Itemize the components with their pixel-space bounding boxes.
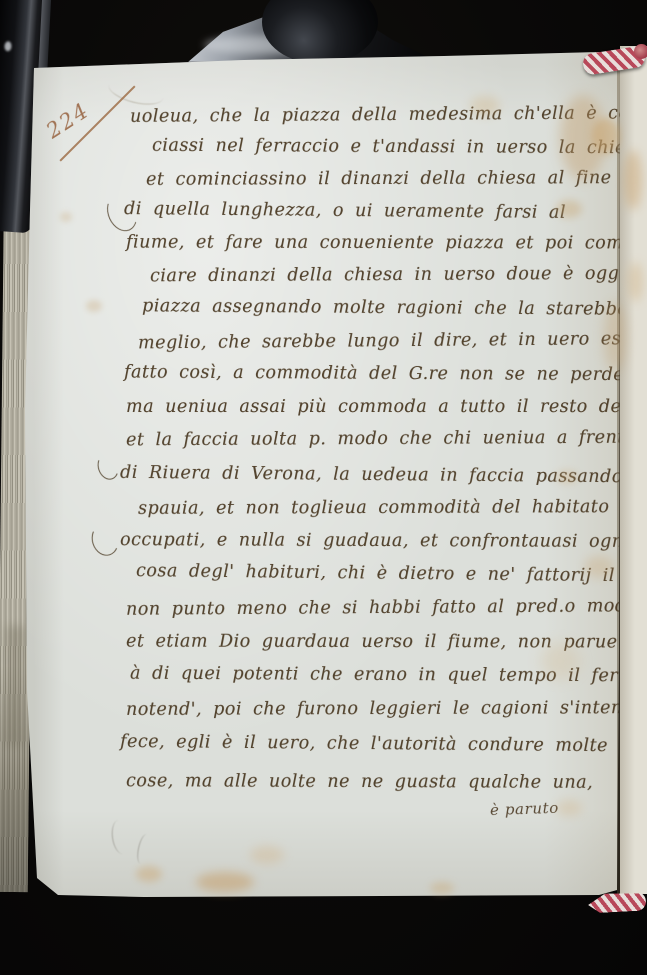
foxing-stain [60, 212, 72, 222]
manuscript-line: ciare dinanzi della chiesa in uerso doue… [150, 264, 647, 289]
book-snake-cord-end [634, 44, 647, 59]
manuscript-line: di Riuera di Verona, la uedeua in faccia… [120, 463, 623, 489]
foxing-stain [430, 882, 454, 894]
foxing-stain [540, 642, 580, 680]
manuscript-line: fatto così, a commodità del G.re non se … [124, 362, 647, 387]
pen-flourish [101, 190, 142, 236]
manuscript-line: et la faccia uolta p. modo che chi ueniu… [126, 428, 636, 453]
ink-showthrough-mark [110, 819, 132, 855]
manuscript-line: cosa degl' habituri, chi è dietro e ne' … [136, 561, 647, 589]
strap-highlight [4, 41, 12, 51]
fore-edge-smudge [4, 626, 25, 746]
pen-flourish [88, 521, 123, 559]
folio-number: 224 [43, 87, 127, 164]
foxing-stain [250, 846, 284, 864]
manuscript-line: cose, ma alle uolte ne ne guasta qualche… [126, 771, 593, 795]
foxing-stain [592, 118, 620, 154]
folio-number-text: 224 [42, 98, 94, 143]
foxing-stain [556, 200, 582, 218]
pen-flourish [94, 451, 122, 482]
foxing-stain [556, 800, 582, 816]
foxing-stain [136, 866, 162, 882]
foxing-stain [628, 262, 643, 302]
manuscript-line: fece, egli è il uero, che l'autorità con… [120, 732, 608, 758]
foxing-stain [470, 96, 500, 116]
manuscript-line: piazza assegnando molte ragioni che la s… [142, 296, 628, 321]
manuscript-line: spauia, et non toglieua commodità del ha… [138, 497, 609, 521]
manuscript-page: 224 uoleua, che la piazza della medesima… [24, 50, 620, 898]
manuscript-photo: 224 uoleua, che la piazza della medesima… [0, 0, 647, 975]
manuscript-line: ma ueniua assai più commoda a tutto il r… [126, 397, 647, 419]
manuscript-line: occupati, e nulla si guadaua, et confron… [120, 530, 630, 554]
foxing-stain [86, 300, 102, 312]
manuscript-line: meglio, che sarebbe lungo il dire, et in… [138, 329, 647, 356]
foxing-stain [604, 302, 626, 372]
foxing-stain [624, 150, 642, 210]
manuscript-line: notend', poi che furono leggieri le cagi… [126, 698, 647, 722]
foxing-stain [196, 872, 254, 892]
ink-showthrough-mark [135, 833, 152, 865]
manuscript-line: et cominciassino il dinanzi della chiesa… [146, 168, 612, 191]
manuscript-line: non punto meno che si habbi fatto al pre… [126, 596, 638, 621]
catchword: è paruto [490, 801, 559, 818]
foxing-stain [556, 470, 578, 484]
page-weight-knob [188, 0, 438, 66]
manuscript-line: di quella lunghezza, o ui ueramente fars… [124, 199, 566, 225]
manuscript-line: fiume, et fare una conueniente piazza et… [126, 233, 629, 256]
foxing-stain [584, 556, 614, 578]
